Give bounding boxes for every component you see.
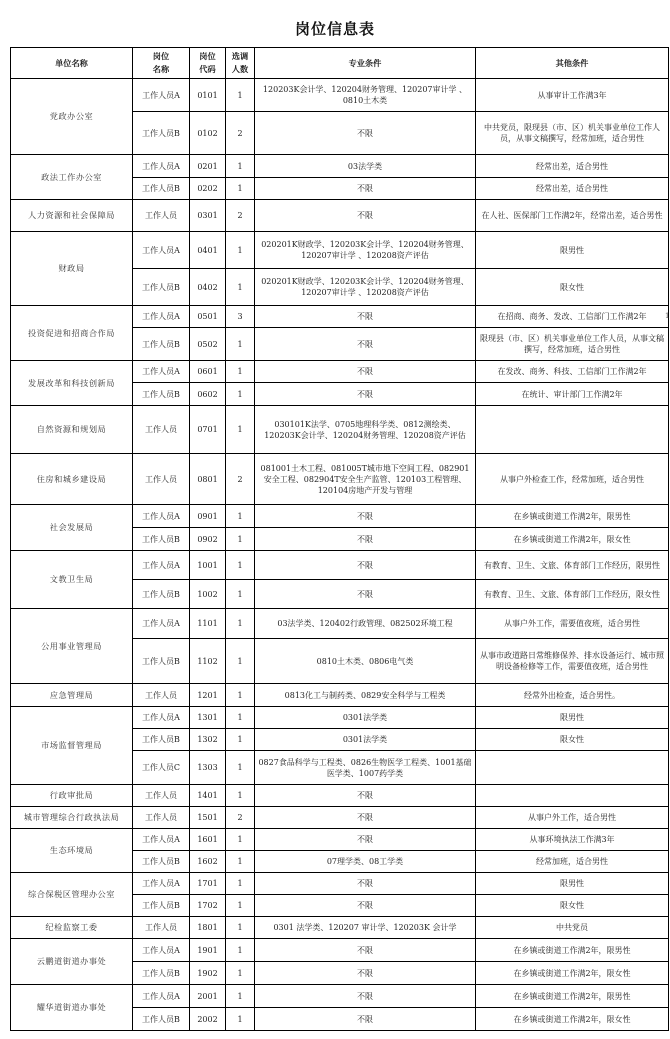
other-requirement-cell: 经常出差，适合男性 [476,155,669,178]
major-requirement-cell: 不限 [255,895,476,917]
other-requirement-cell: 有教育、卫生、文旅、体育部门工作经历，限男性 [476,551,669,580]
table-row: 自然资源和规划局工作人员07011030101K法学、0705地理科学类、081… [11,406,669,454]
position-name-cell: 工作人员B [133,112,190,155]
headcount-cell: 1 [226,580,255,609]
position-name-cell: 工作人员A [133,985,190,1008]
headcount-cell: 1 [226,985,255,1008]
table-row: 政法工作办公室工作人员A0201103法学类经常出差，适合男性 [11,155,669,178]
headcount-cell: 1 [226,962,255,985]
position-code-cell: 1501 [190,807,226,829]
headcount-cell: 1 [226,873,255,895]
table-row: 人力资源和社会保障局工作人员03012不限在人社、医保部门工作满2年，经常出差，… [11,200,669,232]
table-row: 投资促进和招商合作局工作人员A05013不限在招商、商务、发改、工信部门工作满2… [11,306,669,328]
table-row: 住房和城乡建设局工作人员08012081001土木工程、081005T城市地下空… [11,454,669,505]
table-row: 综合保税区管理办公室工作人员A17011不限限男性 [11,873,669,895]
position-code-cell: 0301 [190,200,226,232]
position-code-cell: 1101 [190,609,226,639]
position-name-cell: 工作人员A [133,361,190,383]
table-header-row: 单位名称 岗位名称 岗位代码 选调人数 专业条件 其他条件 [11,48,669,79]
position-code-cell: 1801 [190,917,226,939]
position-code-cell: 0102 [190,112,226,155]
major-requirement-cell: 0827食品科学与工程类、0826生物医学工程类、1001基础医学类、1007药… [255,751,476,785]
position-code-cell: 1102 [190,639,226,684]
position-code-cell: 1702 [190,895,226,917]
table-row: 社会发展局工作人员A09011不限在乡镇或街道工作满2年，限男性 [11,505,669,528]
column-header-count: 选调人数 [226,48,255,79]
table-row: 城市管理综合行政执法局工作人员15012不限从事户外工作，适合男性 [11,807,669,829]
other-requirement-cell: 限女性 [476,729,669,751]
major-requirement-cell: 不限 [255,505,476,528]
headcount-cell: 1 [226,1008,255,1031]
headcount-cell: 1 [226,939,255,962]
other-requirement-cell: 限男性 [476,707,669,729]
major-requirement-cell: 不限 [255,580,476,609]
position-code-cell: 0701 [190,406,226,454]
other-requirement-cell: 在人社、医保部门工作满2年，经常出差，适合男性 [476,200,669,232]
position-code-cell: 0902 [190,528,226,551]
position-name-cell: 工作人员B [133,580,190,609]
headcount-cell: 1 [226,178,255,200]
page-title: 岗位信息表 [0,18,670,39]
position-name-cell: 工作人员 [133,807,190,829]
other-requirement-cell: 从事户外工作，适合男性 [476,807,669,829]
unit-name-cell: 发展改革和科技创新局 [11,361,133,406]
headcount-cell: 1 [226,895,255,917]
table-row: 财政局工作人员A04011020201K财政学、120203K会计学、12020… [11,232,669,269]
headcount-cell: 1 [226,851,255,873]
position-code-cell: 0601 [190,361,226,383]
position-name-cell: 工作人员A [133,232,190,269]
major-requirement-cell: 03法学类、120402行政管理、082502环境工程 [255,609,476,639]
headcount-cell: 1 [226,751,255,785]
position-name-cell: 工作人员B [133,962,190,985]
position-name-cell: 工作人员A [133,939,190,962]
other-requirement-cell: 在乡镇或街道工作满2年，限女性 [476,962,669,985]
other-requirement-cell: 在乡镇或街道工作满2年，限女性 [476,528,669,551]
other-requirement-cell: 在乡镇或街道工作满2年，限男性 [476,939,669,962]
position-code-cell: 1902 [190,962,226,985]
table-body: 党政办公室工作人员A01011120203K会计学、120204财务管理、120… [11,79,669,1031]
headcount-cell: 1 [226,917,255,939]
unit-name-cell: 公用事业管理局 [11,609,133,684]
unit-name-cell: 行政审批局 [11,785,133,807]
position-name-cell: 工作人员 [133,684,190,707]
headcount-cell: 2 [226,200,255,232]
position-name-cell: 工作人员A [133,551,190,580]
major-requirement-cell: 0813化工与制药类、0829安全科学与工程类 [255,684,476,707]
major-requirement-cell: 不限 [255,807,476,829]
position-name-cell: 工作人员A [133,306,190,328]
headcount-cell: 1 [226,361,255,383]
column-header-unit: 单位名称 [11,48,133,79]
column-header-position: 岗位名称 [133,48,190,79]
unit-name-cell: 住房和城乡建设局 [11,454,133,505]
position-name-cell: 工作人员B [133,639,190,684]
position-code-cell: 1301 [190,707,226,729]
position-code-cell: 0501 [190,306,226,328]
headcount-cell: 1 [226,639,255,684]
headcount-cell: 3 [226,306,255,328]
other-requirement-cell: 限现县（市、区）机关事业单位工作人员，从事文稿撰写，经常加班，适合男性 [476,328,669,361]
position-name-cell: 工作人员B [133,851,190,873]
other-requirement-cell: 限女性 [476,895,669,917]
other-requirement-cell: 经常外出检查，适合男性。 [476,684,669,707]
position-name-cell: 工作人员 [133,785,190,807]
table-row: 行政审批局工作人员14011不限 [11,785,669,807]
major-requirement-cell: 不限 [255,528,476,551]
table-row: 云鹏道街道办事处工作人员A19011不限在乡镇或街道工作满2年，限男性 [11,939,669,962]
position-name-cell: 工作人员B [133,178,190,200]
headcount-cell: 1 [226,505,255,528]
position-name-cell: 工作人员A [133,79,190,112]
headcount-cell: 1 [226,785,255,807]
other-requirement-cell: 经常加班，适合男性 [476,851,669,873]
other-requirement-cell: 在乡镇或街道工作满2年，限男性 [476,505,669,528]
other-requirement-cell: 从事户外检查工作，经常加班，适合男性 [476,454,669,505]
other-requirement-cell: 在乡镇或街道工作满2年，限女性 [476,1008,669,1031]
headcount-cell: 2 [226,454,255,505]
headcount-cell: 1 [226,707,255,729]
table-row: 发展改革和科技创新局工作人员A06011不限在发改、商务、科技、工信部门工作满2… [11,361,669,383]
position-code-cell: 0201 [190,155,226,178]
major-requirement-cell: 020201K财政学、120203K会计学、120204财务管理、 120207… [255,269,476,306]
major-requirement-cell: 不限 [255,361,476,383]
major-requirement-cell: 不限 [255,873,476,895]
headcount-cell: 1 [226,383,255,406]
position-code-cell: 1401 [190,785,226,807]
headcount-cell: 1 [226,328,255,361]
other-requirement-cell: 限女性 [476,269,669,306]
position-code-cell: 0502 [190,328,226,361]
other-requirement-cell: 限男性 [476,873,669,895]
headcount-cell: 1 [226,729,255,751]
unit-name-cell: 文教卫生局 [11,551,133,609]
headcount-cell: 1 [226,79,255,112]
column-header-other: 其他条件 [476,48,669,79]
table-row: 应急管理局工作人员120110813化工与制药类、0829安全科学与工程类经常外… [11,684,669,707]
position-code-cell: 2002 [190,1008,226,1031]
position-code-cell: 1602 [190,851,226,873]
major-requirement-cell: 不限 [255,200,476,232]
job-info-table: 单位名称 岗位名称 岗位代码 选调人数 专业条件 其他条件 党政办公室工作人员A… [10,47,669,1031]
headcount-cell: 1 [226,528,255,551]
position-name-cell: 工作人员B [133,729,190,751]
major-requirement-cell: 07理学类、08工学类 [255,851,476,873]
major-requirement-cell: 081001土木工程、081005T城市地下空间工程、082901安全工程、08… [255,454,476,505]
table-row: 公用事业管理局工作人员A1101103法学类、120402行政管理、082502… [11,609,669,639]
unit-name-cell: 投资促进和招商合作局 [11,306,133,361]
position-name-cell: 工作人员B [133,895,190,917]
other-requirement-cell: 中共党员 [476,917,669,939]
other-requirement-cell: 从事环境执法工作满3年 [476,829,669,851]
table-row: 党政办公室工作人员A01011120203K会计学、120204财务管理、120… [11,79,669,112]
unit-name-cell: 应急管理局 [11,684,133,707]
position-code-cell: 0602 [190,383,226,406]
major-requirement-cell: 0301 法学类、120207 审计学、120203K 会计学 [255,917,476,939]
other-requirement-cell [476,406,669,454]
unit-name-cell: 市场监督管理局 [11,707,133,785]
position-code-cell: 0101 [190,79,226,112]
major-requirement-cell: 0301法学类 [255,707,476,729]
position-name-cell: 工作人员A [133,829,190,851]
other-requirement-cell: 从事户外工作，需要值夜班，适合男性 [476,609,669,639]
table-row: 纪检监察工委工作人员180110301 法学类、120207 审计学、12020… [11,917,669,939]
other-requirement-cell [476,751,669,785]
major-requirement-cell: 030101K法学、0705地理科学类、0812测绘类、120203K会计学、1… [255,406,476,454]
headcount-cell: 2 [226,112,255,155]
position-code-cell: 0901 [190,505,226,528]
major-requirement-cell: 不限 [255,829,476,851]
table-row: 耀华道街道办事处工作人员A20011不限在乡镇或街道工作满2年，限男性 [11,985,669,1008]
other-requirement-cell: 中共党员，限现县（市、区）机关事业单位工作人员，从事文稿撰写，经常加班，适合男性 [476,112,669,155]
position-name-cell: 工作人员B [133,269,190,306]
unit-name-cell: 生态环境局 [11,829,133,873]
position-name-cell: 工作人员B [133,528,190,551]
position-code-cell: 1001 [190,551,226,580]
major-requirement-cell: 不限 [255,178,476,200]
position-name-cell: 工作人员B [133,1008,190,1031]
major-requirement-cell: 不限 [255,551,476,580]
position-code-cell: 1601 [190,829,226,851]
major-requirement-cell: 不限 [255,985,476,1008]
table-row: 生态环境局工作人员A16011不限从事环境执法工作满3年 [11,829,669,851]
position-name-cell: 工作人员 [133,200,190,232]
other-requirement-cell: 在发改、商务、科技、工信部门工作满2年 [476,361,669,383]
other-requirement-cell: 从事审计工作满3年 [476,79,669,112]
position-code-cell: 0401 [190,232,226,269]
position-code-cell: 1901 [190,939,226,962]
position-name-cell: 工作人员C [133,751,190,785]
unit-name-cell: 人力资源和社会保障局 [11,200,133,232]
other-requirement-cell: 在乡镇或街道工作满2年，限男性 [476,985,669,1008]
other-requirement-cell: 在统计、审计部门工作满2年 [476,383,669,406]
major-requirement-cell: 120203K会计学、120204财务管理、120207审计学 、0810土木类 [255,79,476,112]
position-name-cell: 工作人员A [133,873,190,895]
major-requirement-cell: 0301法学类 [255,729,476,751]
headcount-cell: 1 [226,551,255,580]
position-name-cell: 工作人员A [133,155,190,178]
major-requirement-cell: 不限 [255,306,476,328]
position-name-cell: 工作人员A [133,609,190,639]
major-requirement-cell: 不限 [255,328,476,361]
position-code-cell: 1201 [190,684,226,707]
position-name-cell: 工作人员 [133,454,190,505]
column-header-major: 专业条件 [255,48,476,79]
headcount-cell: 1 [226,269,255,306]
position-code-cell: 1302 [190,729,226,751]
unit-name-cell: 自然资源和规划局 [11,406,133,454]
other-requirement-cell: 经常出差，适合男性 [476,178,669,200]
position-name-cell: 工作人员 [133,917,190,939]
position-code-cell: 1002 [190,580,226,609]
position-code-cell: 1303 [190,751,226,785]
clipped-text-mark: 1 [665,312,669,320]
position-name-cell: 工作人员A [133,505,190,528]
position-name-cell: 工作人员A [133,707,190,729]
position-code-cell: 2001 [190,985,226,1008]
other-requirement-cell: 从事市政道路日常维修保养、排水设备运行、城市照明设备检修等工作，需要值夜班，适合… [476,639,669,684]
major-requirement-cell: 不限 [255,1008,476,1031]
major-requirement-cell: 不限 [255,939,476,962]
major-requirement-cell: 不限 [255,383,476,406]
other-requirement-cell: 在招商、商务、发改、工信部门工作满2年 [476,306,669,328]
major-requirement-cell: 不限 [255,962,476,985]
table-row: 市场监督管理局工作人员A130110301法学类限男性 [11,707,669,729]
headcount-cell: 1 [226,684,255,707]
position-name-cell: 工作人员B [133,328,190,361]
position-name-cell: 工作人员 [133,406,190,454]
unit-name-cell: 财政局 [11,232,133,306]
other-requirement-cell: 限男性 [476,232,669,269]
position-name-cell: 工作人员B [133,383,190,406]
unit-name-cell: 政法工作办公室 [11,155,133,200]
unit-name-cell: 云鹏道街道办事处 [11,939,133,985]
major-requirement-cell: 不限 [255,112,476,155]
other-requirement-cell: 有教育、卫生、文旅、体育部门工作经历，限女性 [476,580,669,609]
major-requirement-cell: 0810土木类、0806电气类 [255,639,476,684]
headcount-cell: 1 [226,155,255,178]
unit-name-cell: 党政办公室 [11,79,133,155]
headcount-cell: 1 [226,406,255,454]
major-requirement-cell: 03法学类 [255,155,476,178]
major-requirement-cell: 不限 [255,785,476,807]
table-row: 文教卫生局工作人员A10011不限有教育、卫生、文旅、体育部门工作经历，限男性 [11,551,669,580]
headcount-cell: 1 [226,829,255,851]
position-code-cell: 0402 [190,269,226,306]
major-requirement-cell: 020201K财政学、120203K会计学、120204财务管理、 120207… [255,232,476,269]
position-code-cell: 0801 [190,454,226,505]
other-requirement-cell [476,785,669,807]
unit-name-cell: 城市管理综合行政执法局 [11,807,133,829]
position-code-cell: 0202 [190,178,226,200]
headcount-cell: 1 [226,609,255,639]
position-code-cell: 1701 [190,873,226,895]
unit-name-cell: 耀华道街道办事处 [11,985,133,1031]
column-header-code: 岗位代码 [190,48,226,79]
headcount-cell: 2 [226,807,255,829]
unit-name-cell: 综合保税区管理办公室 [11,873,133,917]
unit-name-cell: 纪检监察工委 [11,917,133,939]
unit-name-cell: 社会发展局 [11,505,133,551]
headcount-cell: 1 [226,232,255,269]
